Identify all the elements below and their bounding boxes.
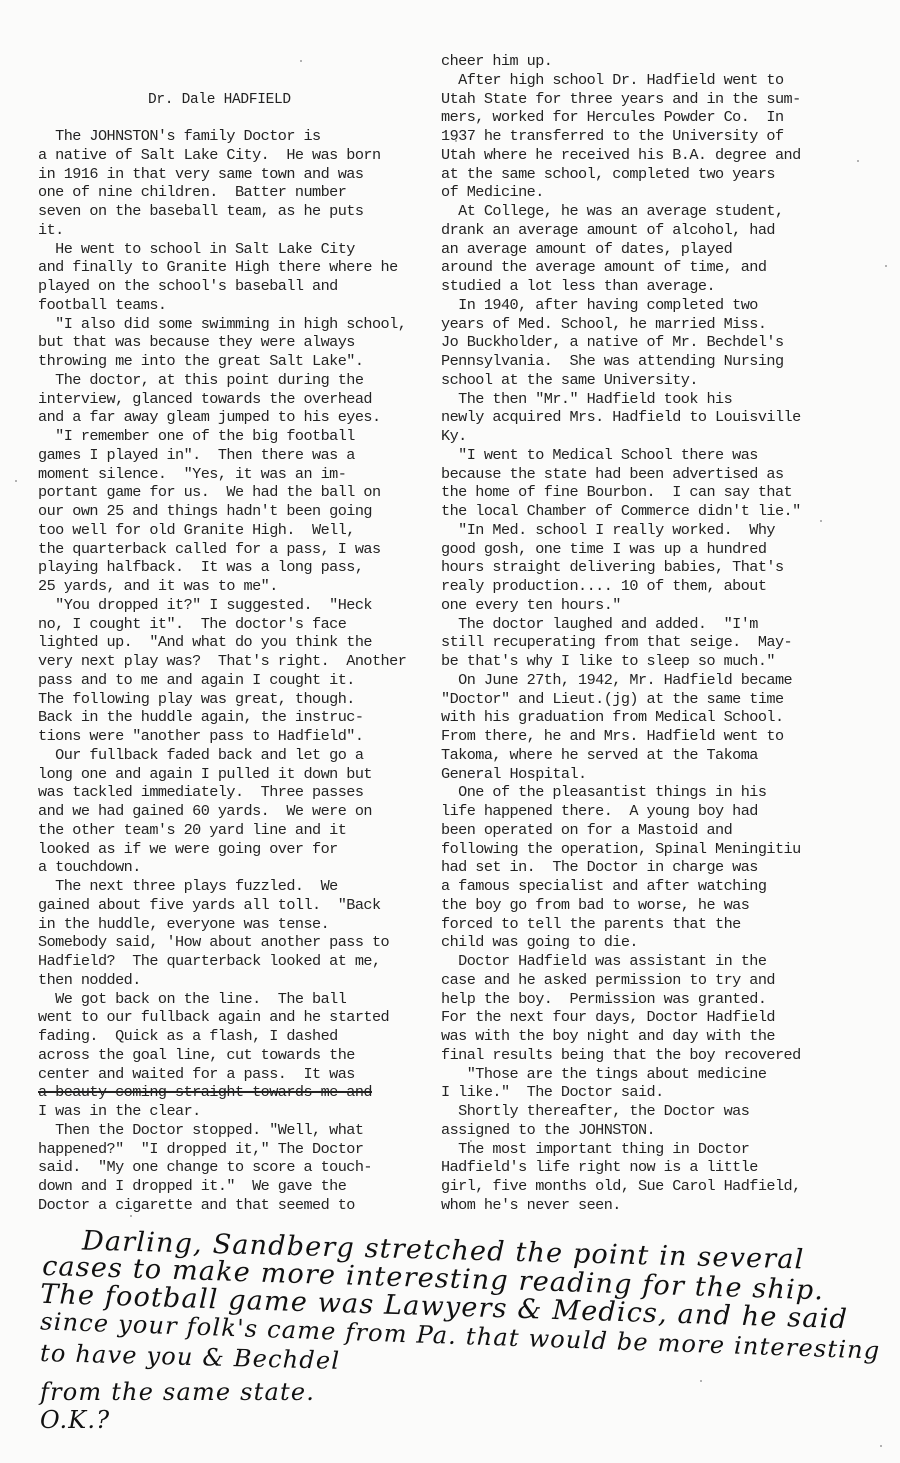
article-line: was tackled immediately. Three passes (38, 783, 406, 802)
article-line: in 1916 in that very same town and was (38, 165, 406, 184)
article-line: school at the same University. (441, 371, 801, 390)
article-line: the home of fine Bourbon. I can say that (441, 483, 801, 502)
article-line: our own 25 and things hadn't been going (38, 502, 406, 521)
article-line: and we had gained 60 yards. We were on (38, 802, 406, 821)
article-line: The following play was great, though. (38, 690, 406, 709)
article-line: moment silence. "Yes, it was an im- (38, 465, 406, 484)
article-line: with his graduation from Medical School. (441, 708, 801, 727)
article-line: "Doctor" and Lieut.(jg) at the same time (441, 690, 801, 709)
article-line: realy production.... 10 of them, about (441, 577, 801, 596)
article-line: the quarterback called for a pass, I was (38, 540, 406, 559)
article-line: games I played in". Then there was a (38, 446, 406, 465)
article-line: be that's why I like to sleep so much." (441, 652, 801, 671)
article-line: tions were "another pass to Hadfield". (38, 727, 406, 746)
article-line: playing halfback. It was a long pass, (38, 558, 406, 577)
article-line: On June 27th, 1942, Mr. Hadfield became (441, 671, 801, 690)
article-line: girl, five months old, Sue Carol Hadfiel… (441, 1177, 801, 1196)
article-line: an average amount of dates, played (441, 240, 801, 259)
article-line: pass and to me and again I cought it. (38, 671, 406, 690)
article-line: been operated on for a Mastoid and (441, 821, 801, 840)
scanned-document-page: Dr. Dale HADFIELD The JOHNSTON's family … (0, 0, 900, 1463)
article-line: drank an average amount of alcohol, had (441, 221, 801, 240)
article-line: He went to school in Salt Lake City (38, 240, 406, 259)
article-line: football teams. (38, 296, 406, 315)
article-line: Somebody said, 'How about another pass t… (38, 933, 406, 952)
article-line: assigned to the JOHNSTON. (441, 1121, 801, 1140)
scan-speck (300, 60, 302, 62)
article-line: lighted up. "And what do you think the (38, 633, 406, 652)
article-line: case and he asked permission to try and (441, 971, 801, 990)
article-line: very next play was? That's right. Anothe… (38, 652, 406, 671)
article-line: but that was because they were always (38, 333, 406, 352)
article-line: help the boy. Permission was granted. (441, 990, 801, 1009)
scan-speck (130, 1215, 132, 1217)
article-line: at the same school, completed two years (441, 165, 801, 184)
article-line: Our fullback faded back and let go a (38, 746, 406, 765)
article-line: Jo Buckholder, a native of Mr. Bechdel's (441, 333, 801, 352)
scan-speck (885, 265, 887, 267)
article-line: General Hospital. (441, 765, 801, 784)
scan-speck (700, 1380, 702, 1382)
article-line: the boy go from bad to worse, he was (441, 896, 801, 915)
article-line: down and I dropped it." We gave the (38, 1177, 406, 1196)
scan-speck (820, 520, 822, 522)
article-line: looked as if we were going over for (38, 840, 406, 859)
article-line: in the huddle, everyone was tense. (38, 915, 406, 934)
article-line: a famous specialist and after watching (441, 877, 801, 896)
article-line: went to our fullback again and he starte… (38, 1008, 406, 1027)
article-line: Hadfield's life right now is a little (441, 1158, 801, 1177)
article-line: "I went to Medical School there was (441, 446, 801, 465)
article-line: At College, he was an average student, (441, 202, 801, 221)
article-line: was with the boy night and day with the (441, 1027, 801, 1046)
article-line: throwing me into the great Salt Lake". (38, 352, 406, 371)
scan-speck (15, 480, 17, 482)
article-line: Utah State for three years and in the su… (441, 90, 801, 109)
article-line: of Medicine. (441, 183, 801, 202)
article-line: seven on the baseball team, as he puts (38, 202, 406, 221)
article-right-column: cheer him up. After high school Dr. Hadf… (441, 52, 801, 1215)
article-line: Utah where he received his B.A. degree a… (441, 146, 801, 165)
article-line: one of nine children. Batter number (38, 183, 406, 202)
article-line: Doctor Hadfield was assistant in the (441, 952, 801, 971)
article-line: Shortly thereafter, the Doctor was (441, 1102, 801, 1121)
article-line: a touchdown. (38, 858, 406, 877)
article-line: hours straight delivering babies, That's (441, 558, 801, 577)
article-line: child was going to die. (441, 933, 801, 952)
article-line: had set in. The Doctor in charge was (441, 858, 801, 877)
article-line: The next three plays fuzzled. We (38, 877, 406, 896)
article-line: 1937 he transferred to the University of (441, 127, 801, 146)
article-line: "I also did some swimming in high school… (38, 315, 406, 334)
article-line: long one and again I pulled it down but (38, 765, 406, 784)
article-line: whom he's never seen. (441, 1196, 801, 1215)
scan-speck (720, 100, 722, 102)
article-line: around the average amount of time, and (441, 258, 801, 277)
article-line: good gosh, one time I was up a hundred (441, 540, 801, 559)
article-line: newly acquired Mrs. Hadfield to Louisvil… (441, 408, 801, 427)
article-line: life happened there. A young boy had (441, 802, 801, 821)
article-line: I like." The Doctor said. (441, 1083, 801, 1102)
scan-speck (610, 1000, 612, 1002)
article-line: center and waited for a pass. It was (38, 1065, 406, 1084)
article-left-column: The JOHNSTON's family Doctor isa native … (38, 127, 406, 1215)
article-line: no, I cought it". The doctor's face (38, 615, 406, 634)
article-line: The then "Mr." Hadfield took his (441, 390, 801, 409)
article-line: then nodded. (38, 971, 406, 990)
article-line: Hadfield? The quarterback looked at me, (38, 952, 406, 971)
scan-speck (455, 140, 457, 142)
article-line: because the state had been advertised as (441, 465, 801, 484)
article-line: Pennsylvania. She was attending Nursing (441, 352, 801, 371)
article-line: too well for old Granite High. Well, (38, 521, 406, 540)
article-line: the other team's 20 yard line and it (38, 821, 406, 840)
article-line: 25 yards, and it was to me". (38, 577, 406, 596)
scan-speck (857, 160, 859, 162)
article-line: mers, worked for Hercules Powder Co. In (441, 108, 801, 127)
handwritten-line: O.K.? (40, 1406, 881, 1434)
article-line: final results being that the boy recover… (441, 1046, 801, 1065)
article-line: "You dropped it?" I suggested. "Heck (38, 596, 406, 615)
article-line: "I remember one of the big football (38, 427, 406, 446)
article-line: We got back on the line. The ball (38, 990, 406, 1009)
article-line: happened?" "I dropped it," The Doctor (38, 1140, 406, 1159)
article-line: Doctor a cigarette and that seemed to (38, 1196, 406, 1215)
article-line: a beauty coming straight towards me and (38, 1083, 406, 1102)
article-line: still recuperating from that seige. May- (441, 633, 801, 652)
article-line: cheer him up. (441, 52, 801, 71)
article-line: One of the pleasantist things in his (441, 783, 801, 802)
article-title: Dr. Dale HADFIELD (148, 92, 291, 108)
article-line: interview, glanced towards the overhead (38, 390, 406, 409)
article-line: "Those are the tings about medicine (441, 1065, 801, 1084)
article-line: gained about five yards all toll. "Back (38, 896, 406, 915)
article-line: a native of Salt Lake City. He was born (38, 146, 406, 165)
article-line: "In Med. school I really worked. Why (441, 521, 801, 540)
article-line: it. (38, 221, 406, 240)
article-line: The most important thing in Doctor (441, 1140, 801, 1159)
article-line: Back in the huddle again, the instruc- (38, 708, 406, 727)
article-line: the local Chamber of Commerce didn't lie… (441, 502, 801, 521)
article-line: Ky. (441, 427, 801, 446)
article-line: played on the school's baseball and (38, 277, 406, 296)
scan-speck (470, 1140, 472, 1142)
article-line: The doctor laughed and added. "I'm (441, 615, 801, 634)
article-line: fading. Quick as a flash, I dashed (38, 1027, 406, 1046)
article-line: I was in the clear. (38, 1102, 406, 1121)
article-line: one every ten hours." (441, 596, 801, 615)
article-line: following the operation, Spinal Meningit… (441, 840, 801, 859)
handwritten-note: Darling, Sandberg stretched the point in… (40, 1238, 881, 1434)
article-line: After high school Dr. Hadfield went to (441, 71, 801, 90)
article-line: across the goal line, cut towards the (38, 1046, 406, 1065)
article-line: studied a lot less than average. (441, 277, 801, 296)
article-line: In 1940, after having completed two (441, 296, 801, 315)
article-line: portant game for us. We had the ball on (38, 483, 406, 502)
article-line: The doctor, at this point during the (38, 371, 406, 390)
article-line: Takoma, where he served at the Takoma (441, 746, 801, 765)
article-line: and finally to Granite High there where … (38, 258, 406, 277)
article-line: years of Med. School, he married Miss. (441, 315, 801, 334)
article-line: For the next four days, Doctor Hadfield (441, 1008, 801, 1027)
article-line: Then the Doctor stopped. "Well, what (38, 1121, 406, 1140)
article-line: and a far away gleam jumped to his eyes. (38, 408, 406, 427)
article-line: From there, he and Mrs. Hadfield went to (441, 727, 801, 746)
article-line: forced to tell the parents that the (441, 915, 801, 934)
article-line: The JOHNSTON's family Doctor is (38, 127, 406, 146)
scan-speck (880, 1445, 882, 1447)
article-line: said. "My one change to score a touch- (38, 1158, 406, 1177)
